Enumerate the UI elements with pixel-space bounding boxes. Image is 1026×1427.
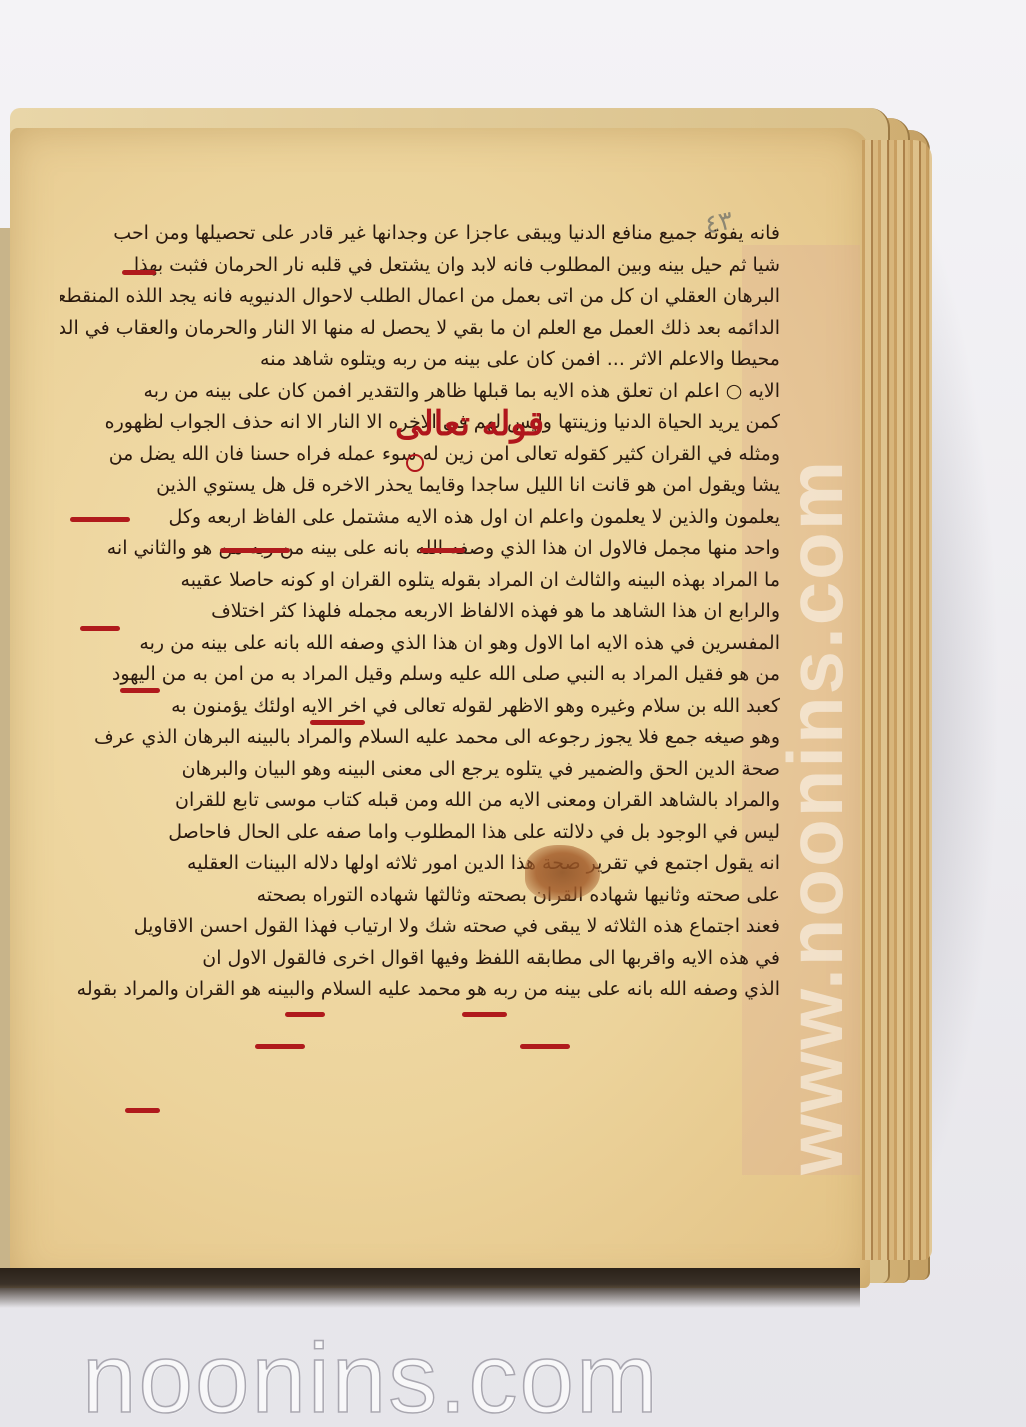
text-line: وهو صيغه جمع فلا يجوز رجوعه الى محمد علي…	[60, 722, 780, 754]
verse-marker-icon	[406, 454, 424, 472]
watermark-bottom: noonins.com	[82, 1322, 660, 1427]
text-line: يشا ويقول امن هو قانت انا الليل ساجدا وق…	[60, 470, 780, 502]
text-line: الدائمه بعد ذلك العمل مع العلم ان ما بقي…	[60, 313, 780, 345]
text-line: الذي وصفه الله بانه على بينه من ربه هو م…	[60, 974, 780, 1006]
text-line: في هذه الايه واقربها الى مطابقه اللفظ وف…	[60, 943, 780, 975]
text-line: يعلمون والذين لا يعلمون واعلم ان اول هذه…	[60, 502, 780, 534]
rubric-overline	[122, 270, 156, 275]
text-line: ليس في الوجود بل في دلالته على هذا المطل…	[60, 817, 780, 849]
text-line: على صحته وثانيها شهاده القران بصحته وثال…	[60, 880, 780, 912]
text-line: انه يقول اجتمع في تقرير صحة هذا الدين ام…	[60, 848, 780, 880]
text-line: ما المراد بهذه البينه والثالث ان المراد …	[60, 565, 780, 597]
rubric-overline	[120, 688, 160, 693]
book-bottom-shadow	[0, 1268, 860, 1308]
text-line: محيطا والاعلم الاثر ... افمن كان على بين…	[60, 344, 780, 376]
rubric-overline	[220, 548, 290, 553]
ink-stain	[525, 845, 600, 900]
text-line: كعبد الله بن سلام وغيره وهو الاظهر لقوله…	[60, 691, 780, 723]
rubric-heading: قوله تعالى	[395, 404, 544, 444]
manuscript-text: فانه يفوته جميع منافع الدنيا ويبقى عاجزا…	[60, 218, 780, 1006]
rubric-overline	[520, 1044, 570, 1049]
text-line: فعند اجتماع هذه الثلاثه لا يبقى في صحته …	[60, 911, 780, 943]
text-line: من هو فقيل المراد به النبي صلى الله عليه…	[60, 659, 780, 691]
rubric-overline	[420, 548, 465, 553]
rubric-overline	[125, 1108, 160, 1113]
text-line: فانه يفوته جميع منافع الدنيا ويبقى عاجزا…	[60, 218, 780, 250]
text-line: والمراد بالشاهد القران ومعنى الايه من ال…	[60, 785, 780, 817]
text-line: الايه ○ اعلم ان تعلق هذه الايه بما قبلها…	[60, 376, 780, 408]
page-fore-edges	[862, 140, 932, 1260]
rubric-overline	[285, 1012, 325, 1017]
watermark-vertical: www.noonins.com	[770, 459, 861, 1175]
rubric-overline	[462, 1012, 507, 1017]
text-line: صحة الدين الحق والضمير في يتلوه يرجع الى…	[60, 754, 780, 786]
rubric-overline	[310, 720, 365, 725]
rubric-overline	[70, 517, 130, 522]
text-line: المفسرين في هذه الايه اما الاول وهو ان ه…	[60, 628, 780, 660]
text-line: شيا ثم حيل بينه وبين المطلوب فانه لابد و…	[60, 250, 780, 282]
rubric-overline	[255, 1044, 305, 1049]
text-line: البرهان العقلي ان كل من اتى بعمل من اعما…	[60, 281, 780, 313]
text-line: والرابع ان هذا الشاهد ما هو فهذه الالفاظ…	[60, 596, 780, 628]
rubric-overline	[80, 626, 120, 631]
